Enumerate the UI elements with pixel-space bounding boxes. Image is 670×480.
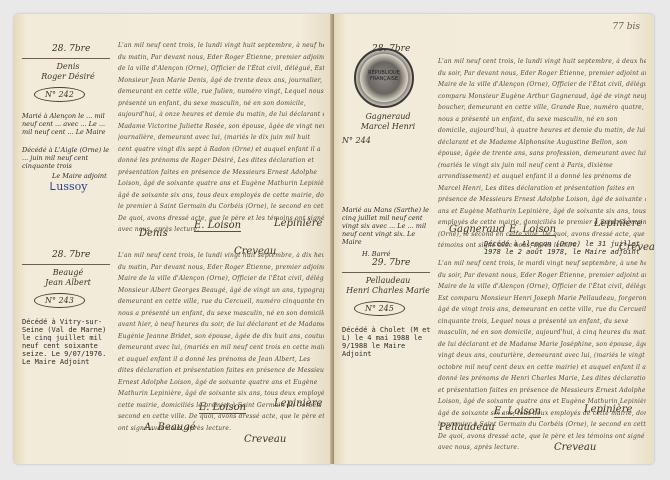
child-surname: Denis [22,62,114,72]
blue-ink-signature: Ꮮussoy [50,180,114,194]
signature-witness-2: Lepinière [584,404,632,415]
death-annotation: Décédé à Cholet (M et L) le 4 mai 1988 l… [342,326,434,358]
signature-witness-1: E. Loison [194,220,241,232]
marriage-annotation: Marié à Alençon le ... mil neuf cent ...… [22,112,114,136]
child-surname: Pellaudeau [342,276,434,286]
margin-rule [22,58,110,59]
child-given-names: Jean Albert [22,278,114,288]
entry-number: N° 244 [342,136,434,146]
entry-number: N° 242 [34,87,85,102]
left-page: 28. 7bre Denis Roger Désiré N° 242 Marié… [14,14,332,464]
entry-date: 28. 7bre [372,44,434,54]
margin-rule [22,264,110,265]
signature-witness-1: E. Loison [199,402,246,414]
entry-margin: 28. 7bre Gagneraud Marcel Henri N° 244 M… [342,44,434,258]
signature-father: Denis [139,228,168,239]
entry-number: N° 243 [34,293,85,308]
entry-margin: 28. 7bre Denis Roger Désiré N° 242 Marié… [22,44,114,194]
signature-officer: Creveau [244,434,286,445]
entry-date: 28. 7bre [52,44,114,54]
signature-witness-2: Lepinière [594,218,642,229]
death-annotation: Décédé à Vitry-sur-Seine (Val de Marne) … [22,318,114,366]
death-annotation-signature-label: Le Maire adjoint [52,172,114,180]
signature-father: Pellaudeau [439,422,495,433]
death-annotation: Décédé à L'Aigle (Orne) le ... juin mil … [22,146,114,170]
signature-witness-2: Lepinière [274,398,322,409]
signature-father: A. Beaugé [144,422,196,433]
signature-officer: Creveau [554,442,596,453]
child-surname: Gagneraud [342,112,434,122]
child-given-names: Roger Désiré [22,72,114,82]
entry-signatures: E. Loison Lepinière Pellaudeau Creveau [444,406,644,456]
right-page: 77 bis RÉPUBLIQUE FRANÇAISE 28. 7bre Gag… [334,14,654,464]
entry-signatures: E. Loison Lepinière A. Beaugé Creveau [124,400,322,450]
signature-witness-1: E. Loison [494,406,541,418]
page-number: 77 bis [612,22,640,32]
entry-body-text: L'an mil neuf cent trois, le lundi vingt… [118,40,324,236]
annotation-signature: H. Barré [362,250,434,258]
signature-father: Gagneraud [449,224,505,235]
child-given-names: Marcel Henri [342,122,434,132]
entry-number: N° 245 [354,301,405,316]
margin-rule [342,272,430,273]
signature-witness-2: Lepinière [274,218,322,229]
open-register-book: 28. 7bre Denis Roger Désiré N° 242 Marié… [14,14,654,464]
child-given-names: Henri Charles Marie [342,286,434,296]
entry-date: 28. 7bre [52,250,114,260]
entry-margin: 28. 7bre Beaugé Jean Albert N° 243 Décéd… [22,250,114,366]
signature-witness-1: E. Loison [509,224,556,236]
marriage-annotation: Marié au Mans (Sarthe) le cinq juillet m… [342,206,434,246]
child-surname: Beaugé [22,268,114,278]
entry-margin: 29. 7bre Pellaudeau Henri Charles Marie … [342,258,434,358]
entry-date: 29. 7bre [372,258,434,268]
signature-officer: Creveau [619,242,654,253]
